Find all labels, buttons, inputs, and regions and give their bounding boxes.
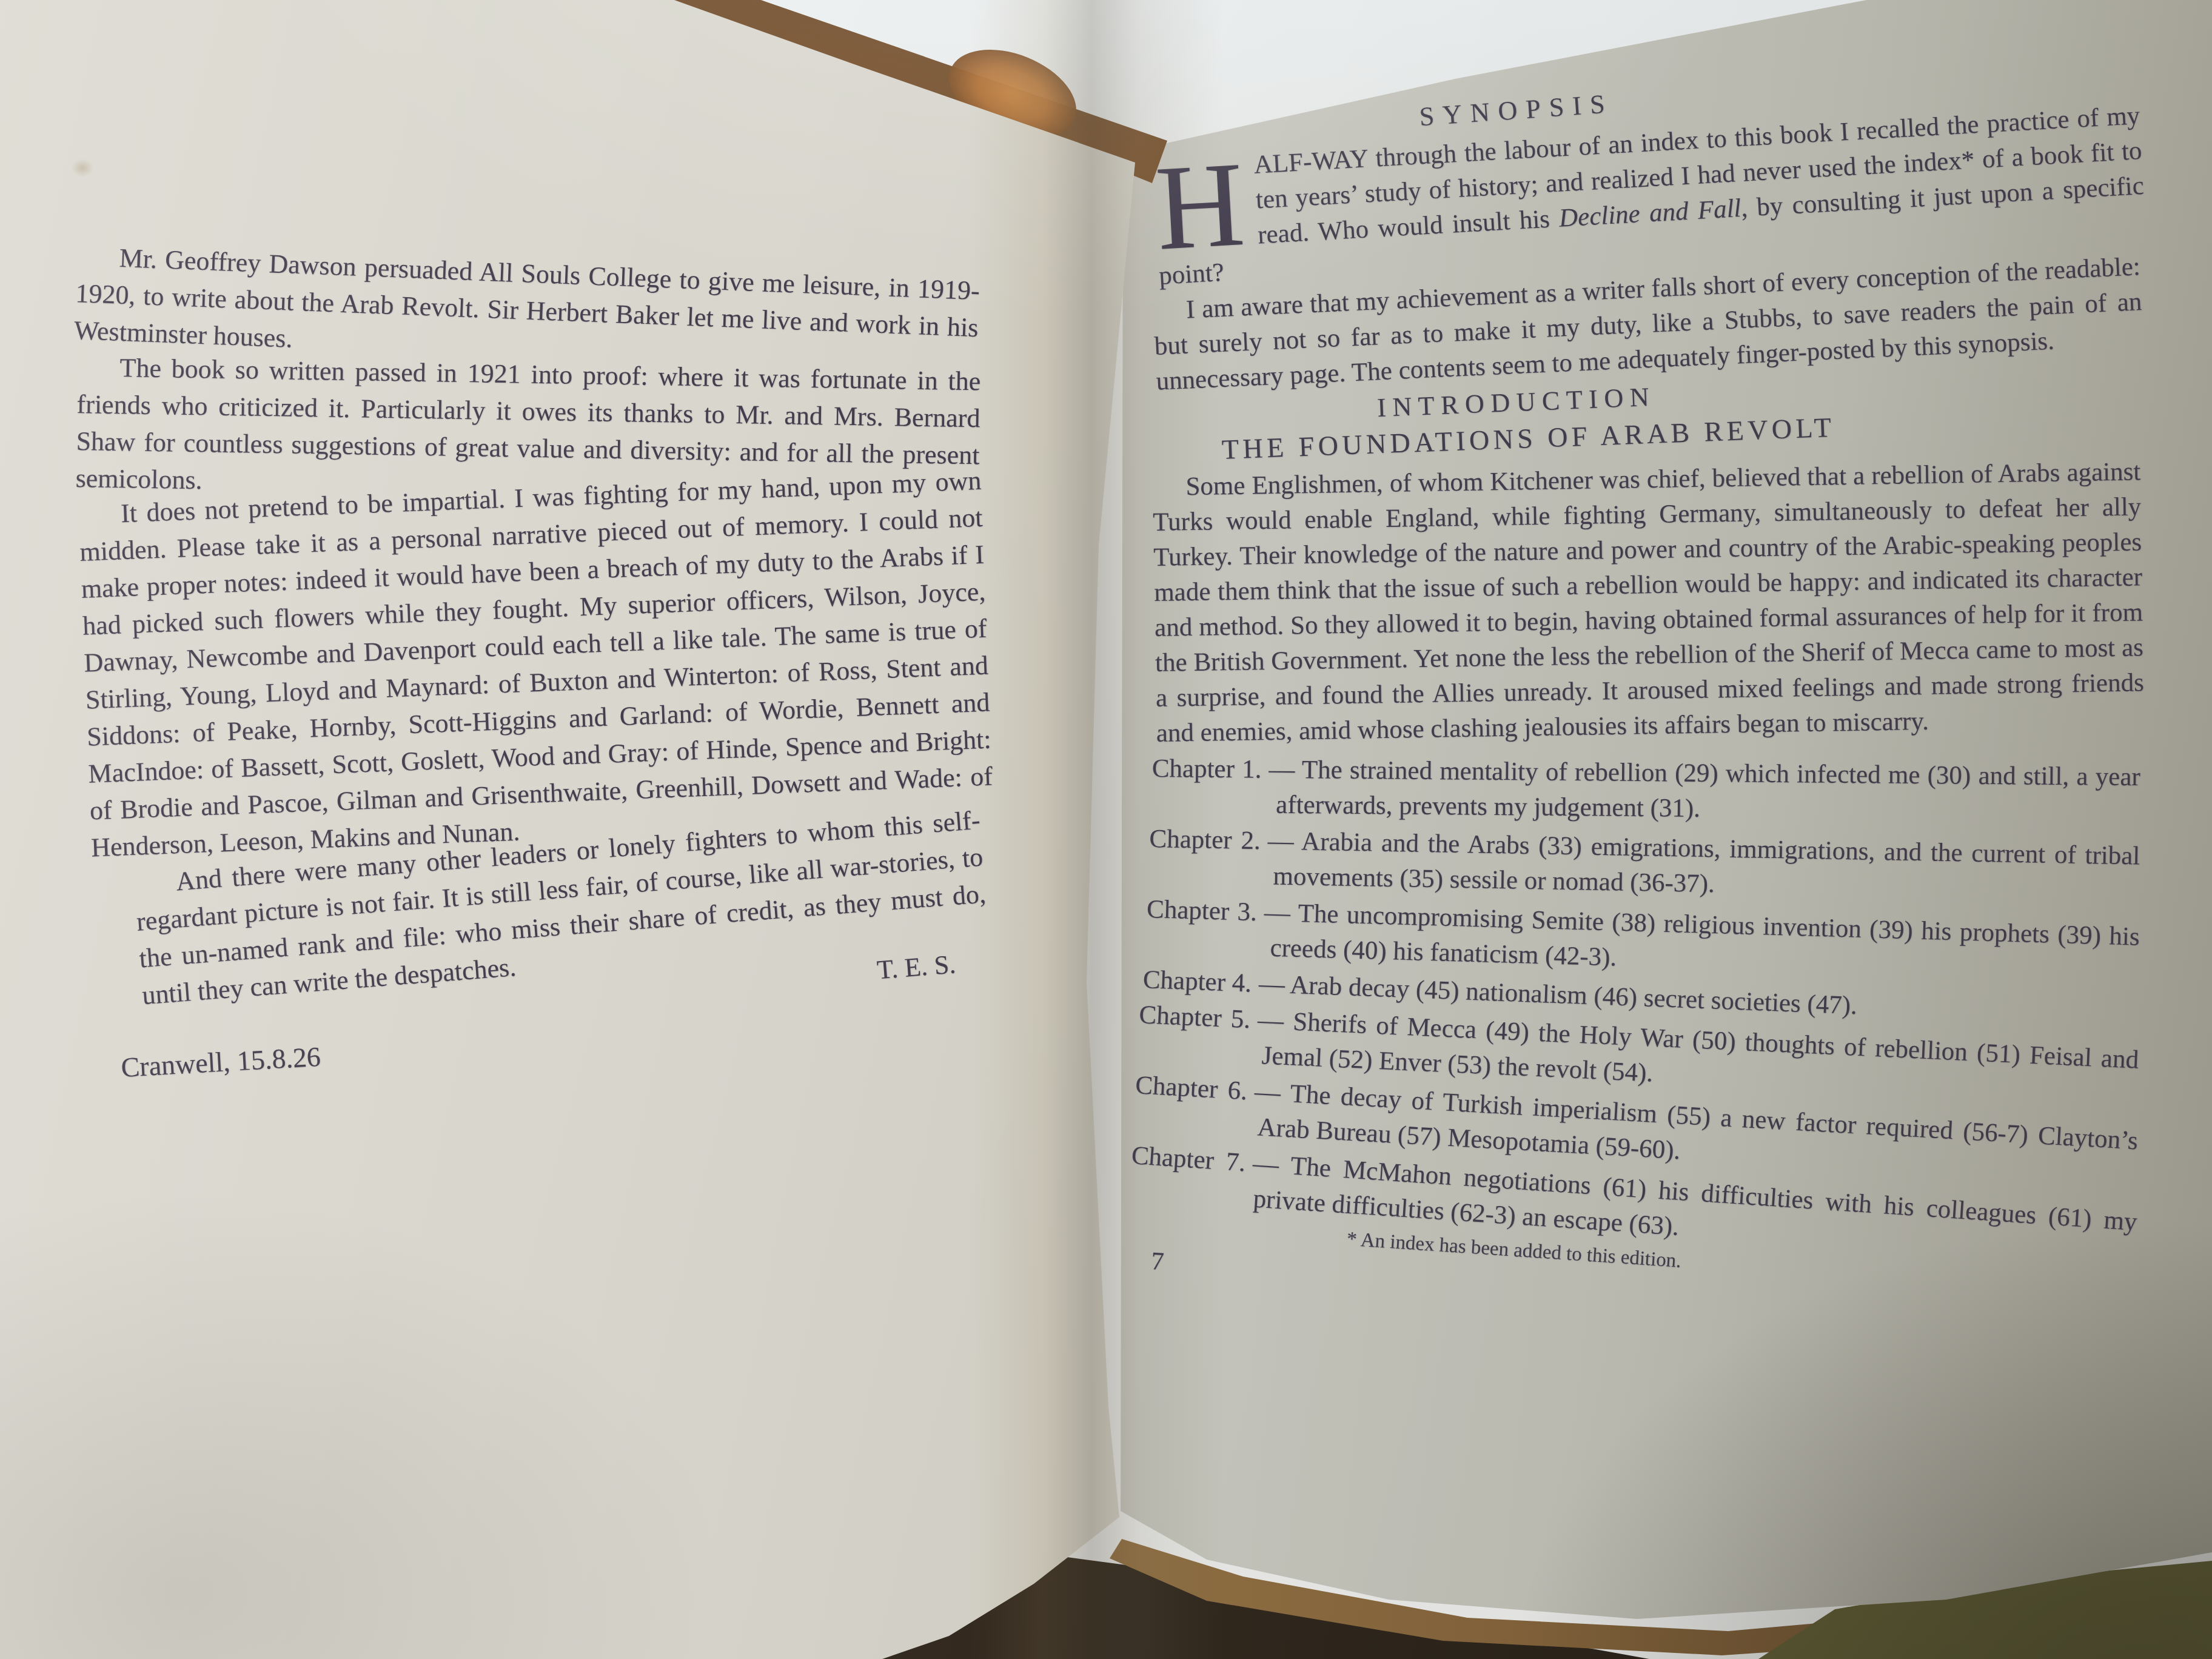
- photo-vignette: [0, 0, 2212, 1659]
- book-photo: Mr. Geoffrey Dawson persuaded All Souls …: [0, 0, 2212, 1659]
